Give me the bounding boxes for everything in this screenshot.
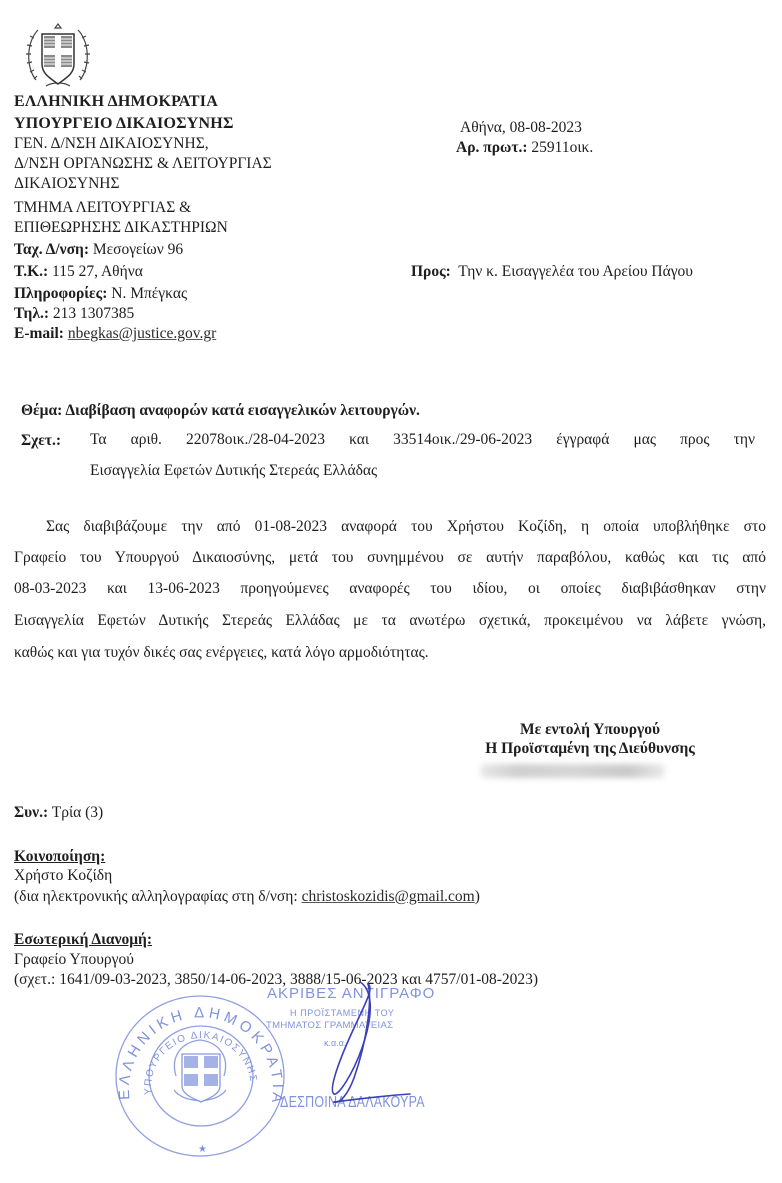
- address-value: Μεσογείων 96: [93, 241, 183, 258]
- redacted-signatory-name: [480, 764, 665, 778]
- info-row: Πληροφορίες: Ν. Μπέγκας: [14, 284, 187, 303]
- phone-row: Τηλ.: 213 1307385: [14, 304, 134, 323]
- cc-note: (δια ηλεκτρονικής αλληλογραφίας στη δ/νσ…: [14, 887, 480, 906]
- internal-distribution-name: Γραφείο Υπουργού: [14, 950, 134, 969]
- postcode-row: Τ.Κ.: 115 27, Αθήνα: [14, 262, 143, 281]
- subject-label: Θέμα:: [21, 402, 62, 419]
- postcode-value: 115 27, Αθήνα: [52, 263, 143, 280]
- protocol-row: Αρ. πρωτ.: 25911οικ.: [456, 138, 593, 157]
- recipient-row: Προς: Την κ. Εισαγγελέα του Αρείου Πάγου: [411, 262, 693, 281]
- body-line: 08-03-2023 και 13-06-2023 προηγούμενες α…: [14, 580, 766, 598]
- address-label: Ταχ. Δ/νση:: [14, 241, 89, 258]
- cc-note-prefix: (δια ηλεκτρονικής αλληλογραφίας στη δ/νσ…: [14, 888, 302, 905]
- phone-label: Τηλ.:: [14, 305, 49, 322]
- info-value: Ν. Μπέγκας: [111, 285, 187, 302]
- info-label: Πληροφορίες:: [14, 285, 107, 302]
- reference-label: Σχετ.:: [21, 431, 61, 450]
- recipient-value: Την κ. Εισαγγελέα του Αρείου Πάγου: [458, 263, 693, 280]
- org-line: ΕΛΛΗΝΙΚΗ ΔΗΜΟΚΡΑΤΙΑ: [14, 92, 218, 111]
- cc-name: Χρήστο Κοζίδη: [14, 866, 112, 885]
- phone-value: 213 1307385: [53, 305, 134, 322]
- sender-email-link[interactable]: nbegkas@justice.gov.gr: [68, 325, 216, 342]
- cc-title: Κοινοποίηση:: [14, 847, 105, 866]
- greek-coat-of-arms-icon: [22, 18, 94, 92]
- recipient-label: Προς:: [411, 263, 451, 280]
- body-line: Εισαγγελία Εφετών Δυτικής Στερεάς Ελλάδα…: [14, 612, 766, 630]
- org-line: ΔΙΚΑΙΟΣΥΝΗΣ: [14, 174, 120, 193]
- org-line: ΕΠΙΘΕΩΡΗΣΗΣ ΔΙΚΑΣΤΗΡΙΩΝ: [14, 218, 228, 237]
- svg-text:★: ★: [198, 1144, 207, 1155]
- body-line: Σας διαβιβάζουμε την από 01-08-2023 αναφ…: [46, 518, 766, 536]
- email-row: E-mail: nbegkas@justice.gov.gr: [14, 324, 216, 343]
- body-line: καθώς και για τυχόν δικές σας ενέργειες,…: [14, 644, 429, 662]
- org-line: ΓΕΝ. Δ/ΝΣΗ ΔΙΚΑΙΟΣΥΝΗΣ,: [14, 134, 209, 153]
- handwritten-signature-icon: [310, 978, 420, 1118]
- org-line: Δ/ΝΣΗ ΟΡΓΑΝΩΣΗΣ & ΛΕΙΤΟΥΡΓΙΑΣ: [14, 154, 272, 173]
- signature-line: Με εντολή Υπουργού: [440, 720, 740, 739]
- subject-text: Διαβίβαση αναφορών κατά εισαγγελικών λει…: [65, 402, 420, 419]
- ministry-seal-stamp-icon: ΕΛΛΗΝΙΚΗ ΔΗΜΟΚΡΑΤΙΑ ΥΠΟΥΡΓΕΙΟ ΔΙΚΑΙΟΣΥΝΗ…: [110, 990, 290, 1160]
- enclosures-row: Συν.: Τρία (3): [14, 803, 103, 822]
- place-date: Αθήνα, 08-08-2023: [460, 118, 582, 137]
- address-row: Ταχ. Δ/νση: Μεσογείων 96: [14, 240, 183, 259]
- reference-line: Τα αριθ. 22078οικ./28-04-2023 και 33514ο…: [90, 431, 755, 449]
- cc-email-link[interactable]: christoskozidis@gmail.com: [302, 888, 475, 905]
- email-label: E-mail:: [14, 325, 64, 342]
- cc-note-suffix: ): [475, 888, 480, 905]
- subject-row: Θέμα: Διαβίβαση αναφορών κατά εισαγγελικ…: [21, 401, 420, 420]
- protocol-label: Αρ. πρωτ.:: [456, 139, 528, 156]
- signature-block: Με εντολή Υπουργού Η Προϊσταμένη της Διε…: [440, 720, 740, 758]
- protocol-value: 25911οικ.: [531, 139, 593, 156]
- postcode-label: Τ.Κ.:: [14, 263, 48, 280]
- enclosures-value: Τρία (3): [52, 804, 103, 821]
- org-line: ΥΠΟΥΡΓΕΙΟ ΔΙΚΑΙΟΣΥΝΗΣ: [14, 114, 234, 133]
- body-line: Γραφείο του Υπουργού Δικαιοσύνης, μετά τ…: [14, 549, 766, 567]
- signature-title: Η Προϊσταμένη της Διεύθυνσης: [440, 739, 740, 758]
- enclosures-label: Συν.:: [14, 804, 48, 821]
- reference-line: Εισαγγελία Εφετών Δυτικής Στερεάς Ελλάδα…: [90, 462, 377, 480]
- org-line: ΤΜΗΜΑ ΛΕΙΤΟΥΡΓΙΑΣ &: [14, 198, 191, 217]
- internal-distribution-title: Εσωτερική Διανομή:: [14, 930, 152, 949]
